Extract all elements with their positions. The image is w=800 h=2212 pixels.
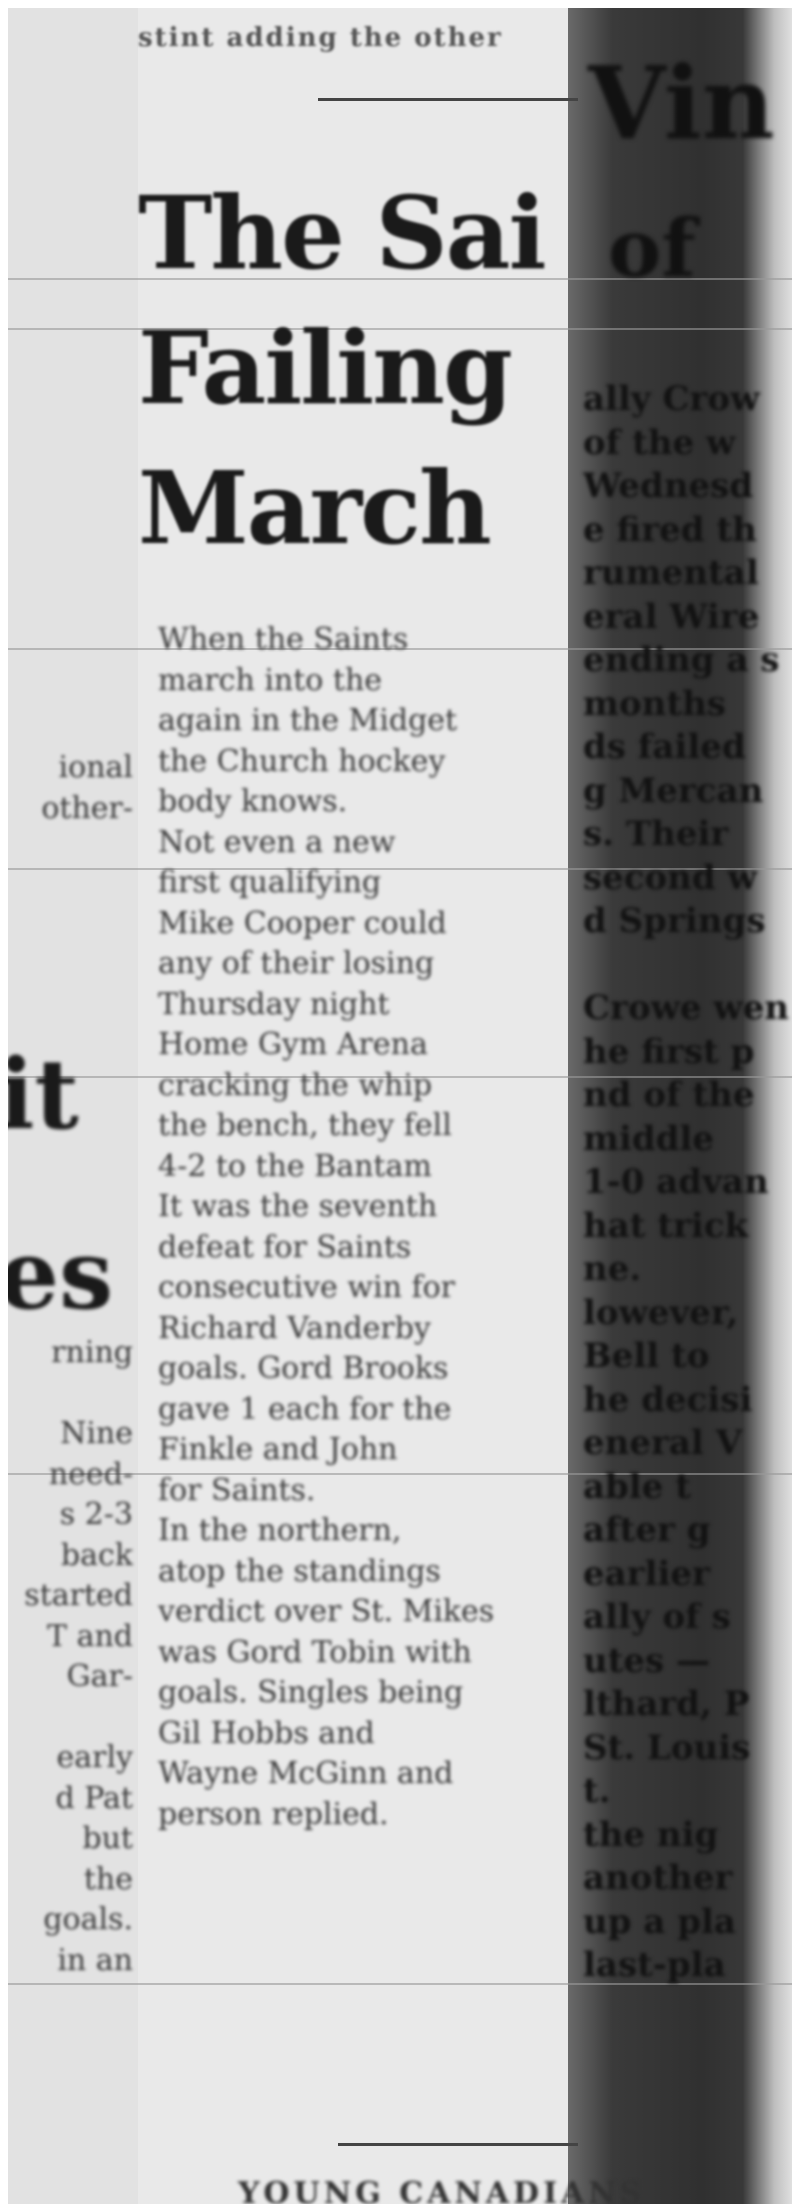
right-headline-line-1: Vin (588, 53, 775, 153)
right-article-line: t. (583, 1770, 792, 1814)
article-line: Mike Cooper could (158, 904, 578, 945)
right-article-line: 1-0 advan (583, 1161, 792, 1205)
article-line: goals. Gord Brooks (158, 1349, 578, 1390)
right-article-line: last-pla (583, 1944, 792, 1988)
article-line: any of their losing (158, 944, 578, 985)
left-fragment: started (8, 1576, 133, 1617)
right-article-line: St. Louis (583, 1727, 792, 1771)
article-line: Richard Vanderby (158, 1309, 578, 1350)
right-article-line: months (583, 683, 792, 727)
headline-line-2: Failing (138, 318, 511, 418)
right-article-line: middle (583, 1118, 792, 1162)
right-article-line: s. Their (583, 813, 792, 857)
article-line: It was the seventh (158, 1187, 578, 1228)
right-article-line: utes — (583, 1640, 792, 1684)
right-article-line: lowever, (583, 1292, 792, 1336)
article-line: gave 1 each for the (158, 1390, 578, 1431)
article-line: the bench, they fell (158, 1106, 578, 1147)
right-article-line: ne. (583, 1248, 792, 1292)
right-article-line: of the w (583, 422, 792, 466)
headline-rule (318, 98, 578, 101)
right-article-line: ending a s (583, 639, 792, 683)
right-article-line: d Springs (583, 900, 792, 944)
left-fragment: T and (8, 1617, 133, 1658)
article-line: for Saints. (158, 1471, 578, 1512)
right-article-line: ally Crow (583, 378, 792, 422)
article-line: Home Gym Arena (158, 1025, 578, 1066)
right-article-line: Crowe wen (583, 987, 792, 1031)
left-fragment: Gar- (8, 1657, 133, 1698)
article-line: When the Saints (158, 620, 578, 661)
article-line: Gil Hobbs and (158, 1714, 578, 1755)
right-article-line: earlier (583, 1553, 792, 1597)
article-line: the Church hockey (158, 742, 578, 783)
next-article-heading: YOUNG CANADIANS (238, 2176, 645, 2204)
article-line: person replied. (158, 1795, 578, 1836)
left-fragment: goals. (8, 1900, 133, 1941)
right-article-line: after g (583, 1509, 792, 1553)
article-line: Finkle and John (158, 1430, 578, 1471)
left-fragment: but (8, 1819, 133, 1860)
left-big-fragment-2: es (8, 1218, 113, 1331)
article-line: Thursday night (158, 985, 578, 1026)
article-line: consecutive win for (158, 1268, 578, 1309)
right-article-line: rumental (583, 552, 792, 596)
left-fragment: Nine (8, 1414, 133, 1455)
right-article-line: second w (583, 857, 792, 901)
left-fragment: ional (8, 748, 133, 789)
left-column-text-lower: rning Nine need- s 2-3 back started T an… (8, 1333, 133, 1981)
article-line: In the northern, (158, 1511, 578, 1552)
right-article-line: ds failed (583, 726, 792, 770)
article-line: first qualifying (158, 863, 578, 904)
right-article-line: eral Wire (583, 596, 792, 640)
right-article-line: he first p (583, 1031, 792, 1075)
right-article-line: eneral V (583, 1422, 792, 1466)
right-article-line: e fired th (583, 509, 792, 553)
right-article-body: ally Crowof the wWednesde fired thrument… (583, 378, 792, 1988)
article-body: When the Saintsmarch into theagain in th… (158, 620, 578, 1835)
right-article-line: the nig (583, 1814, 792, 1858)
article-line: was Gord Tobin with (158, 1633, 578, 1674)
right-article-line: Bell to (583, 1335, 792, 1379)
left-fragment: s 2-3 (8, 1495, 133, 1536)
right-article-line: up a pla (583, 1901, 792, 1945)
right-article-line: ally of s (583, 1596, 792, 1640)
article-line: defeat for Saints (158, 1228, 578, 1269)
newspaper-clipping: stint adding the other The Sai Failing M… (8, 8, 792, 2204)
right-headline-line-2: of (608, 208, 696, 288)
article-line: again in the Midget (158, 701, 578, 742)
headline-line-3: March (138, 458, 490, 558)
right-article-line (583, 944, 792, 988)
left-fragment: need- (8, 1455, 133, 1496)
left-big-fragment-1: it (8, 1038, 79, 1151)
left-fragment: in an (8, 1941, 133, 1982)
right-article-line: g Mercan (583, 770, 792, 814)
article-line: march into the (158, 661, 578, 702)
right-article-line: able t (583, 1466, 792, 1510)
right-article-line: Wednesd (583, 465, 792, 509)
left-fragment: rning (8, 1333, 133, 1374)
right-article-line: nd of the (583, 1074, 792, 1118)
bottom-rule (338, 2143, 578, 2146)
left-fragment: d Pat (8, 1779, 133, 1820)
article-line: Not even a new (158, 823, 578, 864)
left-fragment: back (8, 1536, 133, 1577)
left-fragment (8, 1698, 133, 1739)
right-article-line: lthard, P (583, 1683, 792, 1727)
left-fragment (8, 1374, 133, 1415)
article-line: body knows. (158, 782, 578, 823)
left-column-text: ional other- (8, 748, 133, 829)
article-line: goals. Singles being (158, 1673, 578, 1714)
article-line: cracking the whip (158, 1066, 578, 1107)
top-text-fragment: stint adding the other (138, 23, 503, 53)
article-line: 4-2 to the Bantam (158, 1147, 578, 1188)
right-article-line: another (583, 1857, 792, 1901)
right-article-line: hat trick (583, 1205, 792, 1249)
article-line: atop the standings (158, 1552, 578, 1593)
left-fragment: the (8, 1860, 133, 1901)
article-line: Wayne McGinn and (158, 1754, 578, 1795)
left-fragment: early (8, 1738, 133, 1779)
right-article-line: he decisi (583, 1379, 792, 1423)
left-fragment: other- (8, 789, 133, 830)
article-line: verdict over St. Mikes (158, 1592, 578, 1633)
headline-line-1: The Sai (138, 183, 545, 283)
